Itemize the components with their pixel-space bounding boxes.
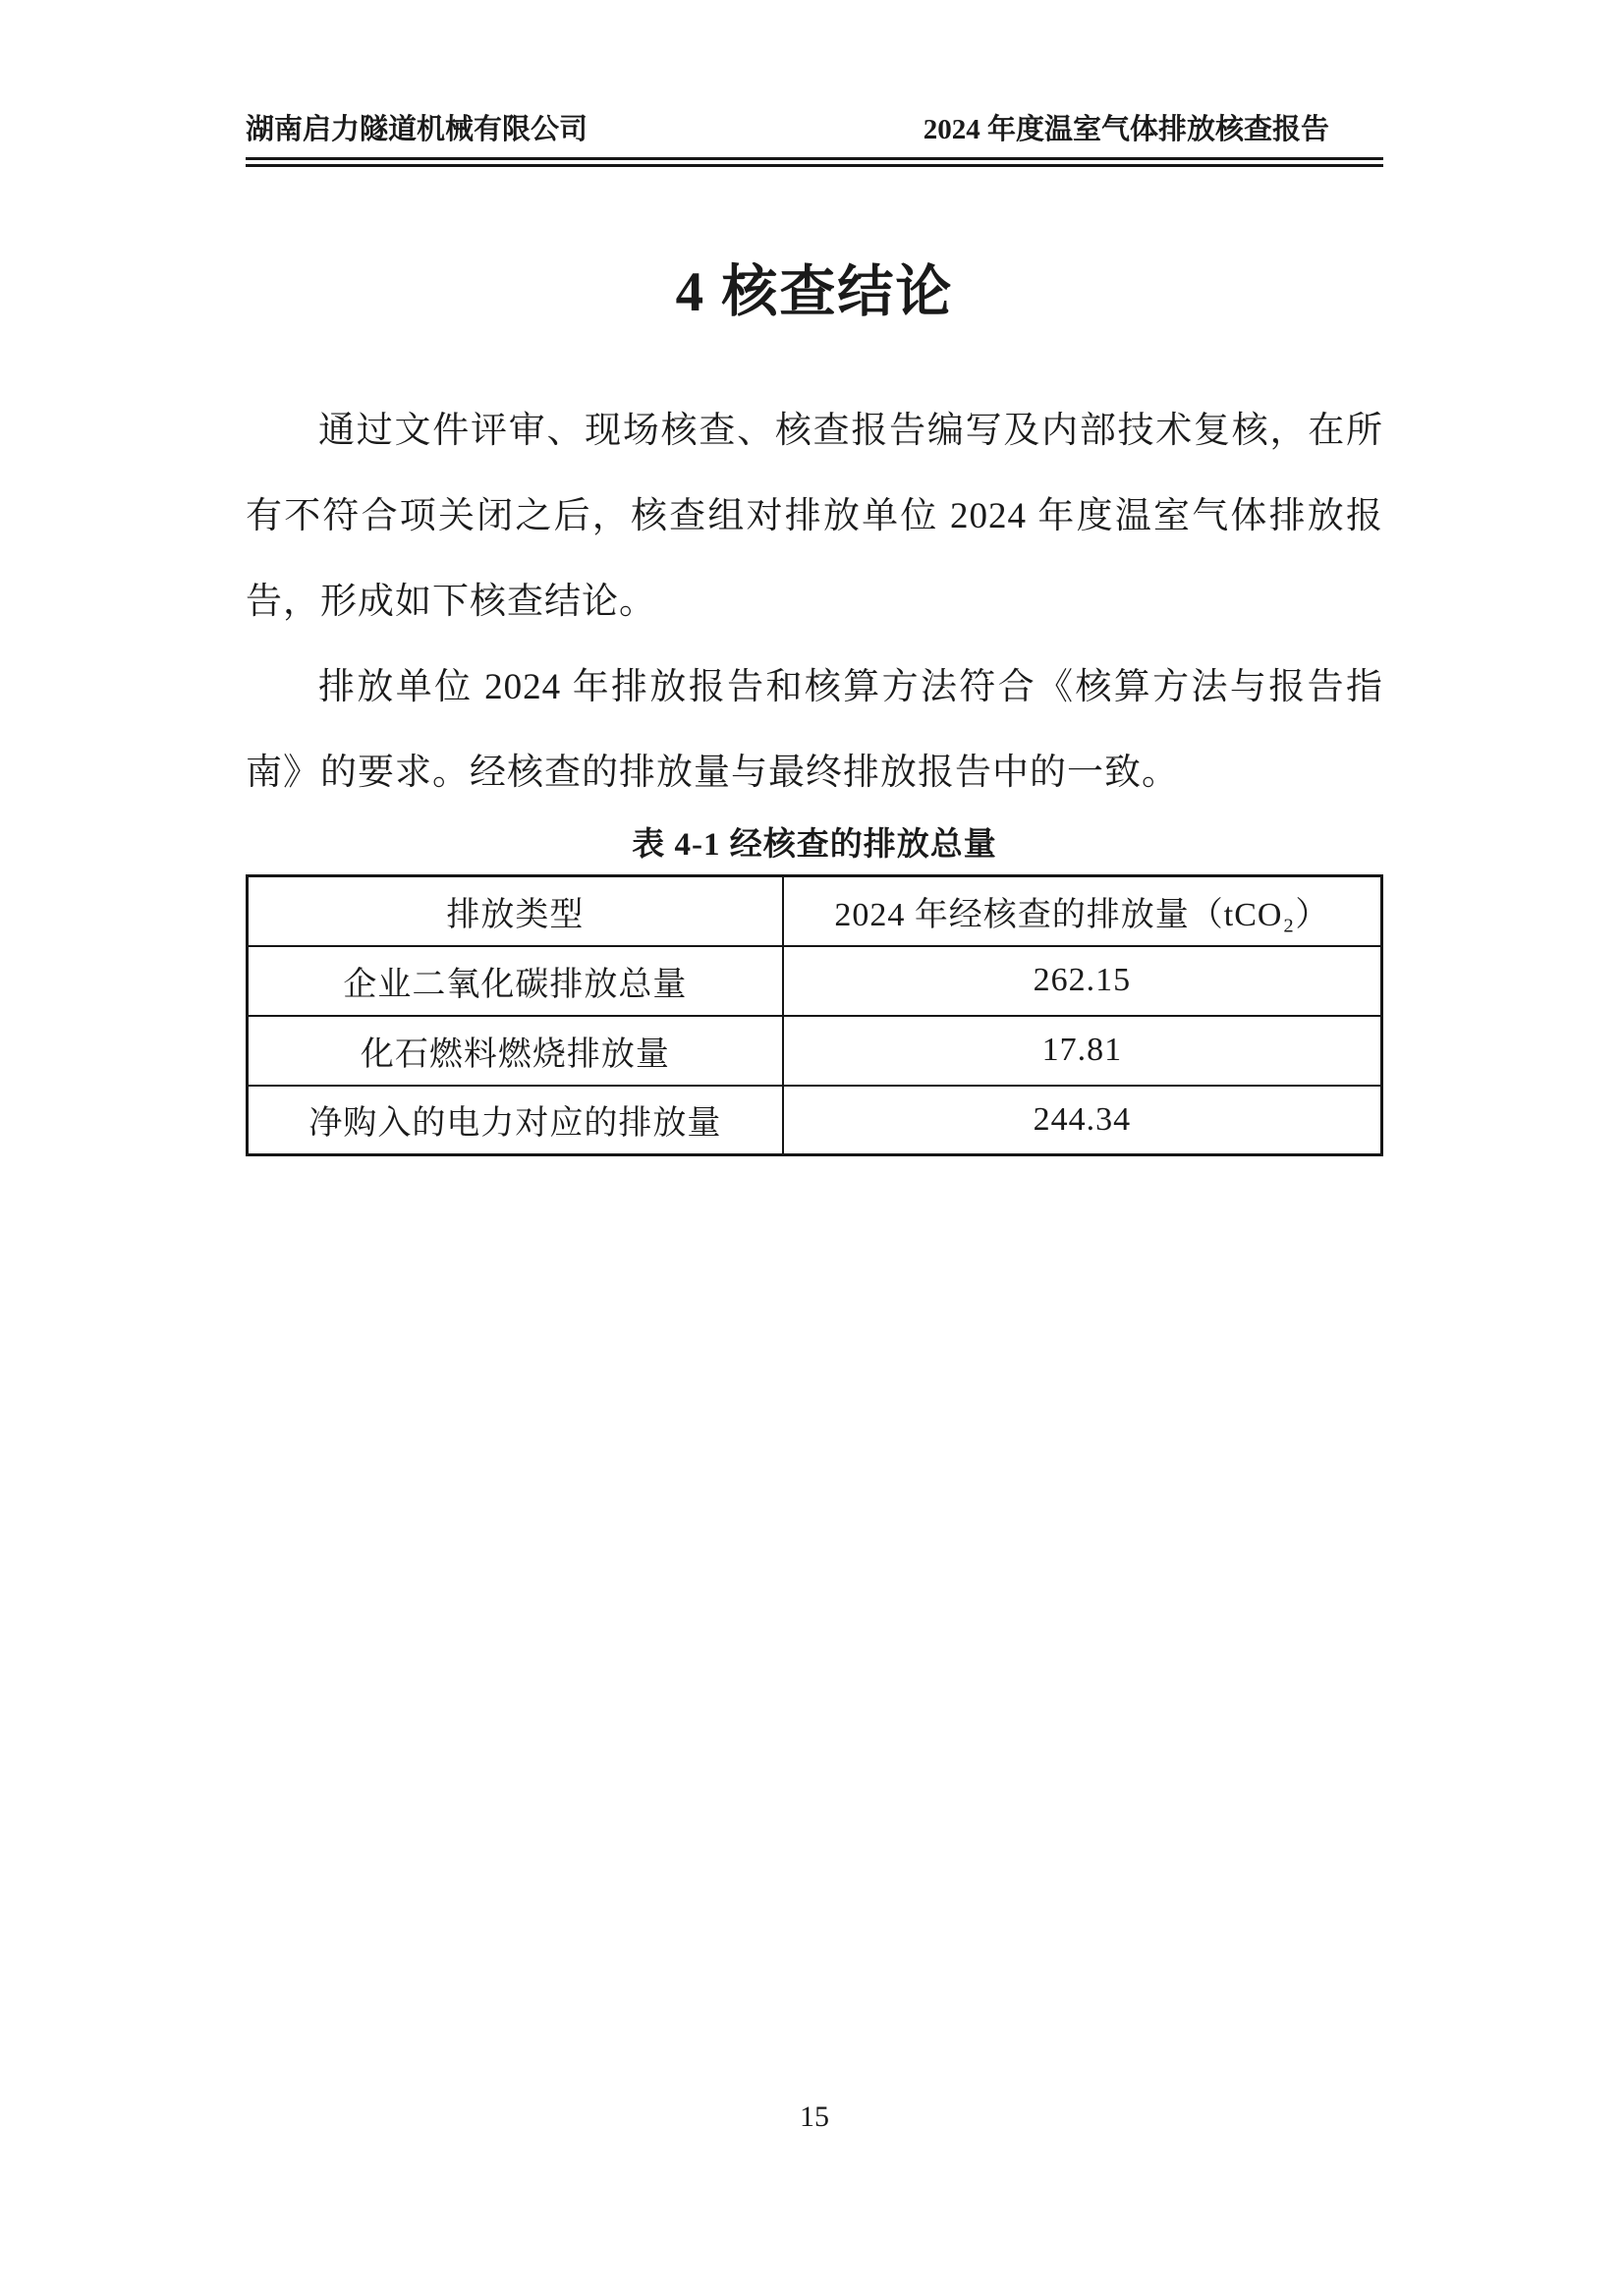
paragraph-1: 通过文件评审、现场核查、核查报告编写及内部技术复核，在所有不符合项关闭之后，核查… [246, 388, 1383, 644]
col-header-emission-type: 排放类型 [248, 876, 783, 946]
header-company-name: 湖南启力隧道机械有限公司 [246, 110, 588, 149]
body-text: 通过文件评审、现场核查、核查报告编写及内部技术复核，在所有不符合项关闭之后，核查… [246, 388, 1383, 815]
table-row: 企业二氧化碳排放总量 262.15 [248, 946, 1382, 1016]
table-header-row: 排放类型 2024 年经核查的排放量（tCO₂） [248, 876, 1382, 946]
running-header: 湖南启力隧道机械有限公司 2024 年度温室气体排放核查报告 [246, 0, 1383, 167]
cell-emission-value: 262.15 [783, 946, 1382, 1016]
cell-emission-value: 244.34 [783, 1086, 1382, 1155]
table-caption: 表 4-1 经核查的排放总量 [246, 825, 1383, 865]
col-header-verified-amount: 2024 年经核查的排放量（tCO₂） [783, 876, 1382, 946]
table-row: 净购入的电力对应的排放量 244.34 [248, 1086, 1382, 1155]
cell-emission-type: 化石燃料燃烧排放量 [248, 1016, 783, 1086]
cell-emission-value: 17.81 [783, 1016, 1382, 1086]
document-page: 湖南启力隧道机械有限公司 2024 年度温室气体排放核查报告 4 核查结论 通过… [0, 0, 1623, 2296]
page-number: 15 [246, 2099, 1383, 2136]
header-divider [246, 157, 1383, 167]
cell-emission-type: 企业二氧化碳排放总量 [248, 946, 783, 1016]
header-report-title: 2024 年度温室气体排放核查报告 [923, 110, 1383, 149]
table-row: 化石燃料燃烧排放量 17.81 [248, 1016, 1382, 1086]
paragraph-2: 排放单位 2024 年排放报告和核算方法符合《核算方法与报告指南》的要求。经核查… [246, 644, 1383, 815]
cell-emission-type: 净购入的电力对应的排放量 [248, 1086, 783, 1155]
emissions-table: 排放类型 2024 年经核查的排放量（tCO₂） 企业二氧化碳排放总量 262.… [246, 874, 1383, 1156]
section-title: 4 核查结论 [246, 259, 1383, 326]
